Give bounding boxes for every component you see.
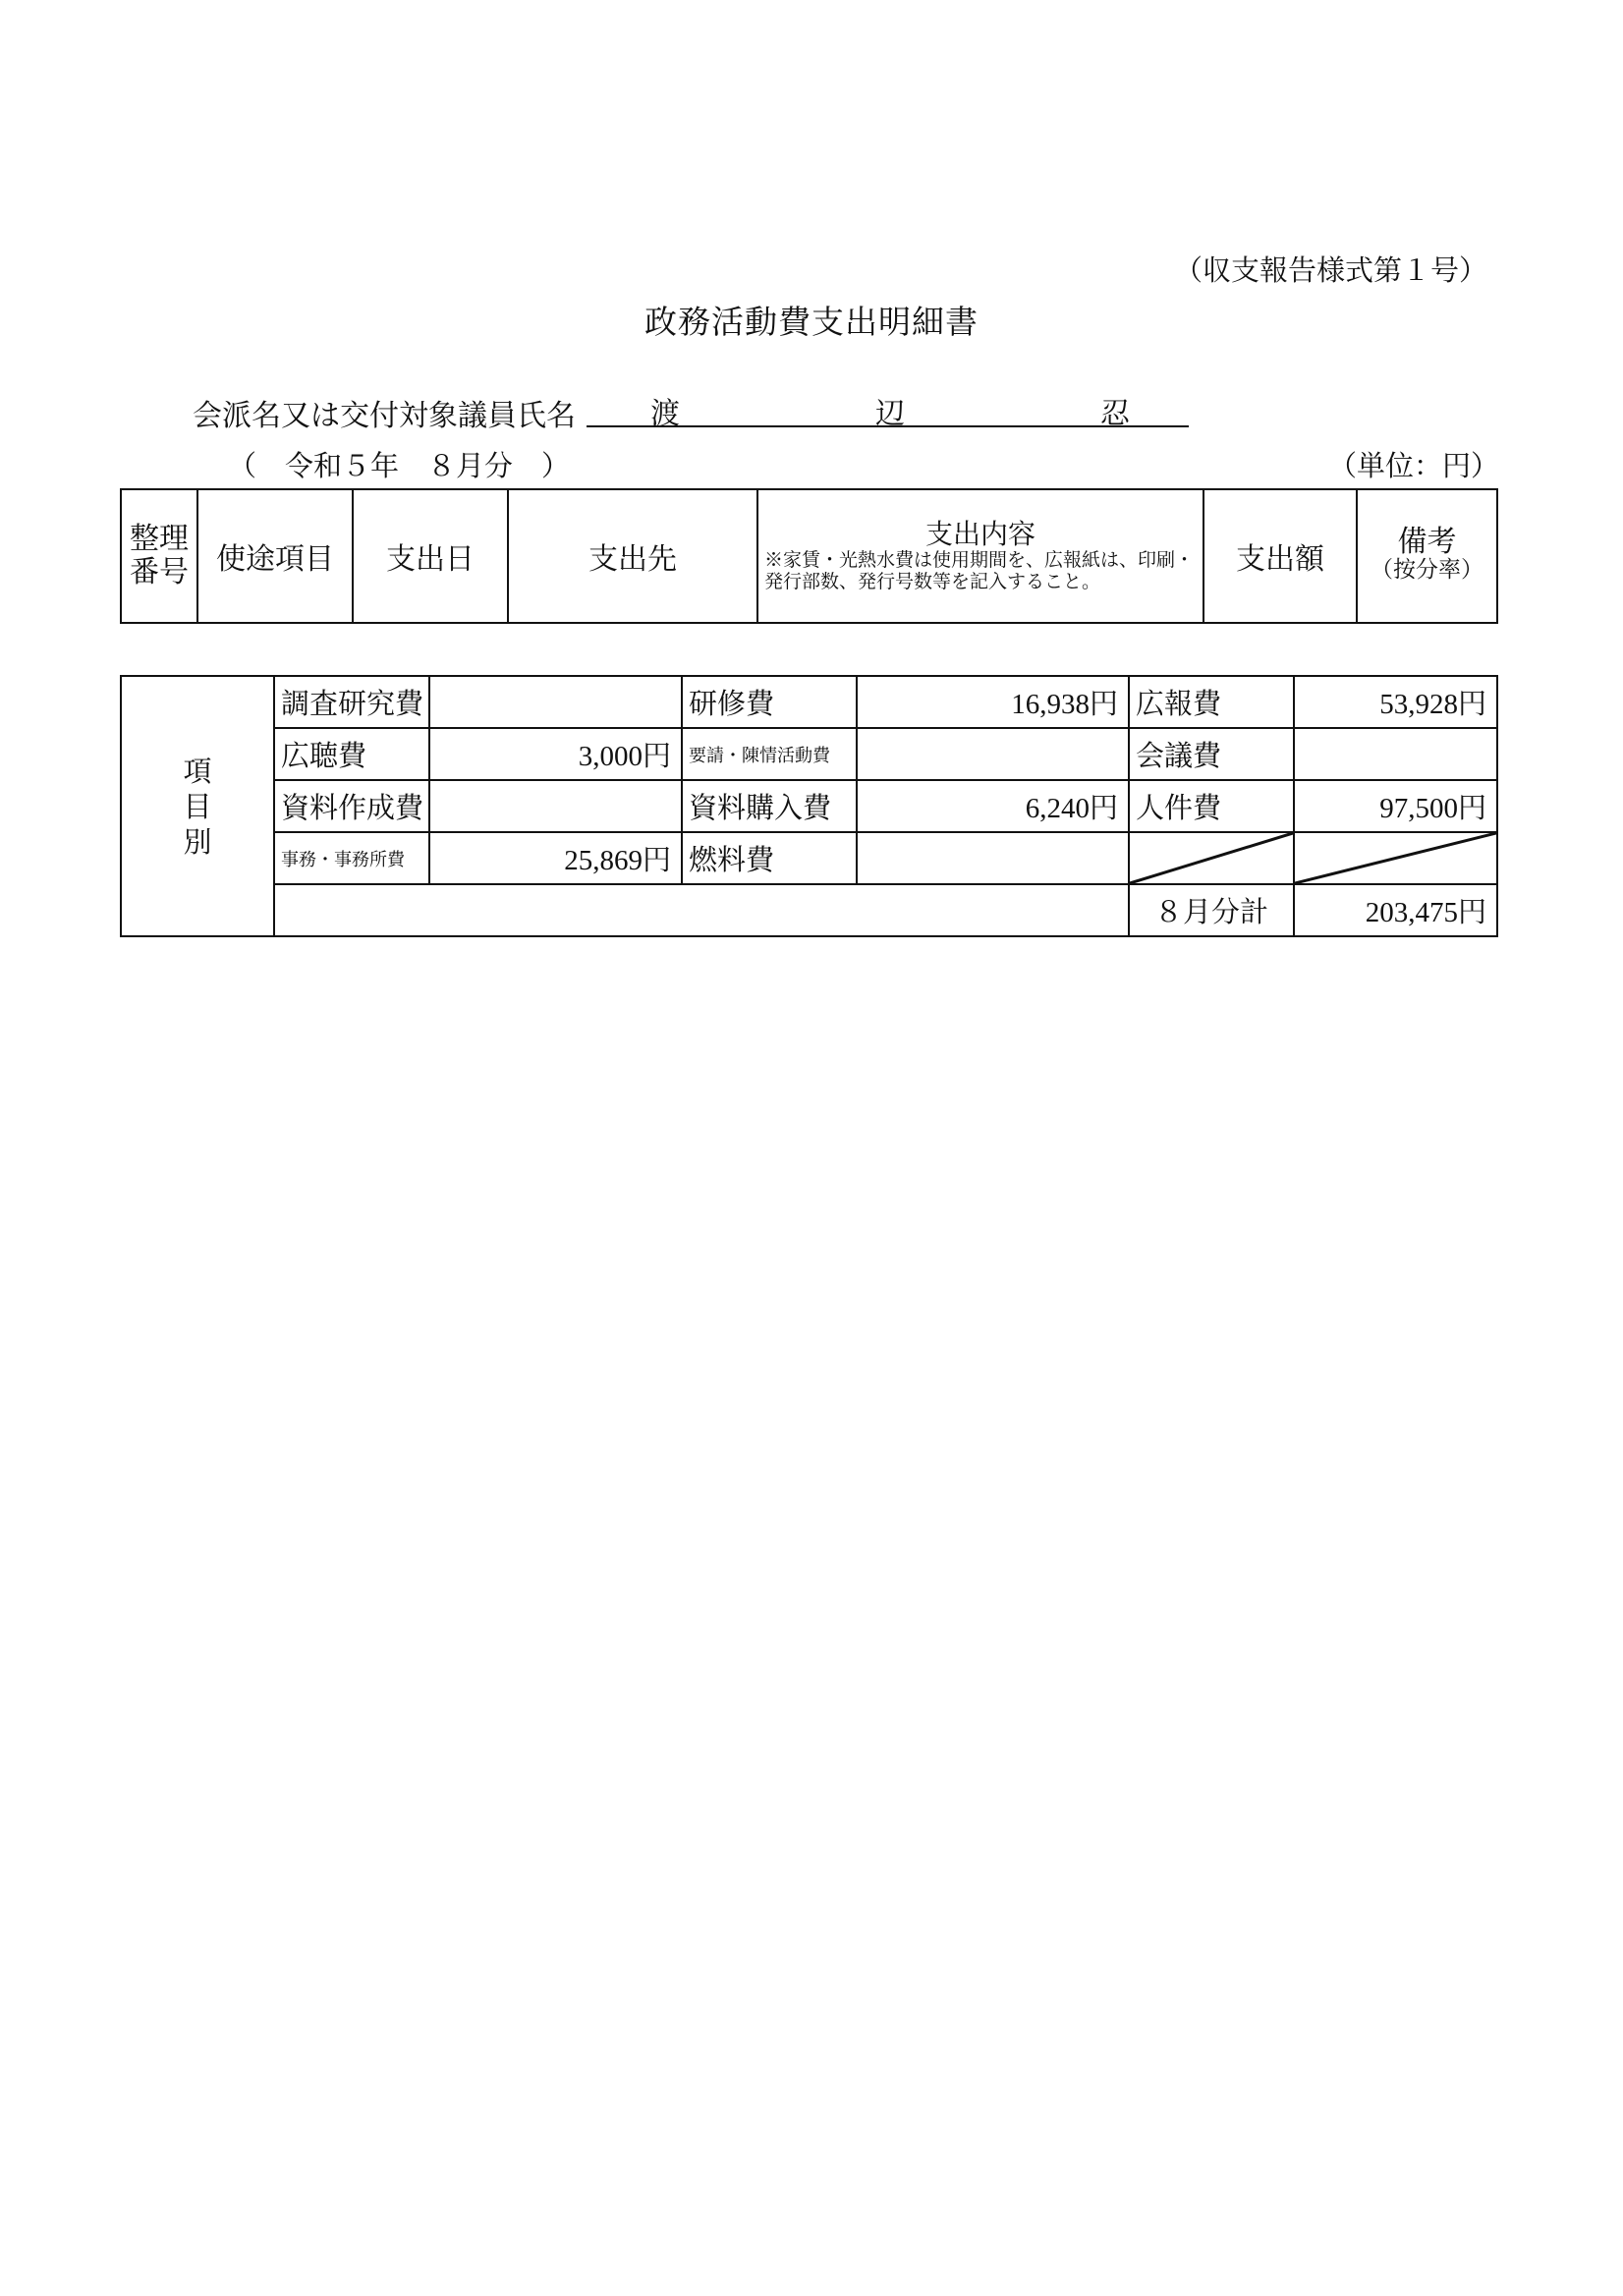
header-serial-no-line2: 番号 bbox=[130, 555, 189, 589]
header-serial-no: 整理 番号 bbox=[121, 489, 197, 623]
unit-label: （単位：円） bbox=[1328, 444, 1499, 484]
summary-row: 資料作成費 資料購入費 6,240円 人件費 97,500円 bbox=[121, 780, 1497, 832]
category-label: 資料作成費 bbox=[274, 780, 429, 832]
detail-header-row: 整理 番号 使途項目 支出日 支出先 支出内容 ※家賃・光熱水費は使用期間を、広… bbox=[121, 489, 1497, 623]
member-name-underline bbox=[587, 425, 1189, 427]
category-value bbox=[857, 832, 1129, 884]
total-value: 203,475円 bbox=[1294, 884, 1497, 936]
header-content-note: ※家賃・光熱水費は使用期間を、広報紙は、印刷・発行部数、発行号数等を記入すること… bbox=[764, 549, 1197, 592]
header-payee: 支出先 bbox=[508, 489, 757, 623]
category-label: 広聴費 bbox=[274, 728, 429, 780]
category-value: 16,938円 bbox=[857, 676, 1129, 728]
header-content: 支出内容 ※家賃・光熱水費は使用期間を、広報紙は、印刷・発行部数、発行号数等を記… bbox=[757, 489, 1203, 623]
category-label: 広報費 bbox=[1129, 676, 1294, 728]
category-label: 要請・陳情活動費 bbox=[682, 728, 857, 780]
side-label-char: 目 bbox=[183, 790, 211, 823]
page-title: 政務活動費支出明細書 bbox=[0, 297, 1623, 343]
header-amount: 支出額 bbox=[1203, 489, 1357, 623]
report-period: （ 令和５年 ８月分 ） bbox=[228, 444, 570, 484]
category-value bbox=[857, 728, 1129, 780]
header-remarks: 備考 （按分率） bbox=[1357, 489, 1497, 623]
category-value: 53,928円 bbox=[1294, 676, 1497, 728]
category-value bbox=[1294, 728, 1497, 780]
header-purpose: 使途項目 bbox=[197, 489, 353, 623]
crossed-out-cell bbox=[1294, 832, 1497, 884]
category-label: 資料購入費 bbox=[682, 780, 857, 832]
category-label: 会議費 bbox=[1129, 728, 1294, 780]
side-label-char: 別 bbox=[183, 825, 211, 859]
diagonal-strike bbox=[1130, 833, 1293, 883]
header-serial-no-line1: 整理 bbox=[130, 522, 189, 556]
category-value: 3,000円 bbox=[429, 728, 682, 780]
summary-total-row: ８月分計 203,475円 bbox=[121, 884, 1497, 936]
category-label: 調査研究費 bbox=[274, 676, 429, 728]
category-label: 研修費 bbox=[682, 676, 857, 728]
diagonal-strike bbox=[1295, 833, 1496, 883]
header-content-title: 支出内容 bbox=[764, 520, 1197, 549]
header-remarks-sub: （按分率） bbox=[1358, 556, 1496, 584]
summary-row: 事務・事務所費 25,869円 燃料費 bbox=[121, 832, 1497, 884]
category-label: 人件費 bbox=[1129, 780, 1294, 832]
summary-row: 広聴費 3,000円 要請・陳情活動費 会議費 bbox=[121, 728, 1497, 780]
category-value bbox=[429, 780, 682, 832]
category-value: 6,240円 bbox=[857, 780, 1129, 832]
crossed-out-cell bbox=[1129, 832, 1294, 884]
member-label: 会派名又は交付対象議員氏名 bbox=[193, 391, 576, 434]
summary-side-label: 項 目 別 bbox=[121, 676, 274, 936]
summary-row: 項 目 別 調査研究費 研修費 16,938円 広報費 53,928円 bbox=[121, 676, 1497, 728]
category-label: 燃料費 bbox=[682, 832, 857, 884]
header-remarks-title: 備考 bbox=[1398, 525, 1457, 559]
category-value bbox=[429, 676, 682, 728]
category-summary-table: 項 目 別 調査研究費 研修費 16,938円 広報費 53,928円 広聴費 … bbox=[120, 675, 1498, 937]
form-number: （収支報告様式第１号） bbox=[1174, 249, 1487, 289]
category-value: 25,869円 bbox=[429, 832, 682, 884]
category-label: 事務・事務所費 bbox=[274, 832, 429, 884]
blank-cell bbox=[274, 884, 1129, 936]
expense-detail-table: 整理 番号 使途項目 支出日 支出先 支出内容 ※家賃・光熱水費は使用期間を、広… bbox=[120, 488, 1498, 624]
side-label-char: 項 bbox=[183, 755, 211, 788]
total-label: ８月分計 bbox=[1129, 884, 1294, 936]
header-date: 支出日 bbox=[353, 489, 508, 623]
category-value: 97,500円 bbox=[1294, 780, 1497, 832]
